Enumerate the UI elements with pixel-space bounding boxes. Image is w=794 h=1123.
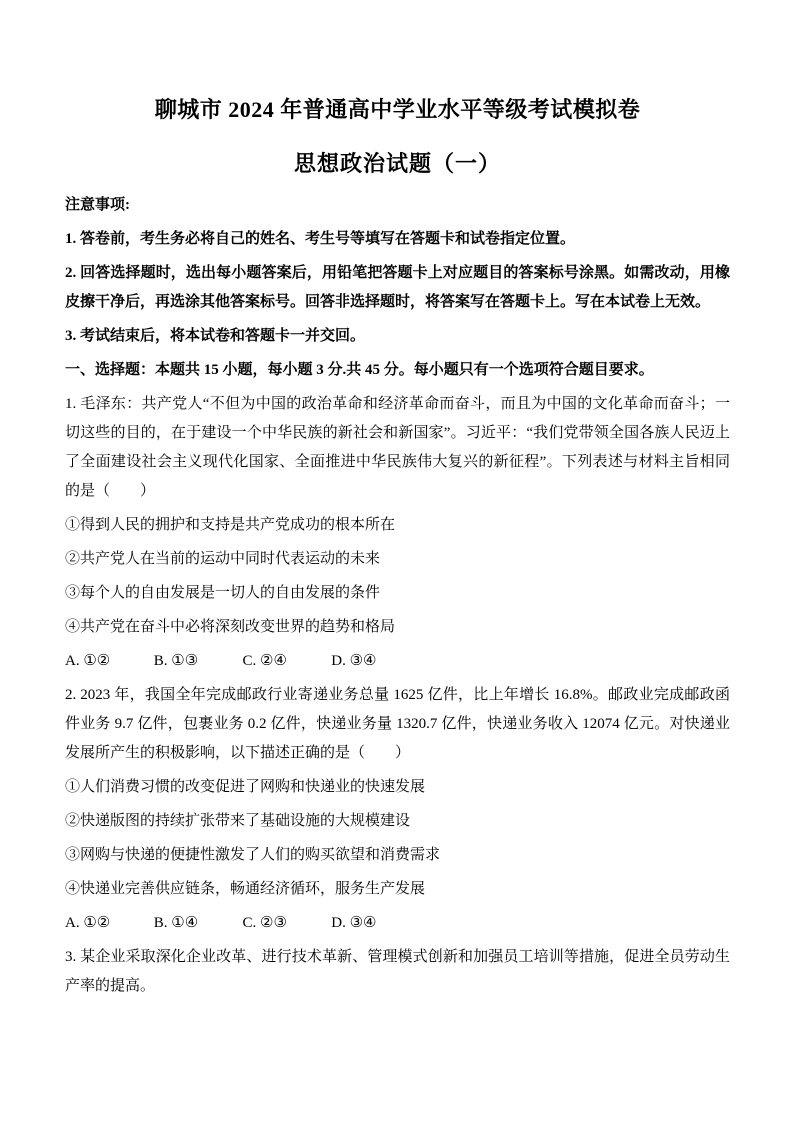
question-1-statement-4: ④共产党在奋斗中必将深刻改变世界的趋势和格局 <box>65 613 730 642</box>
question-1-choice-d: D. ③④ <box>331 647 376 676</box>
question-1-statement-1: ①得到人民的拥护和支持是共产党成功的根本所在 <box>65 511 730 540</box>
question-1-choice-a: A. ①② <box>65 647 150 676</box>
question-2-choice-a: A. ①② <box>65 909 150 938</box>
question-1-statement-2: ②共产党人在当前的运动中同时代表运动的未来 <box>65 545 730 574</box>
question-1-choice-b: B. ①③ <box>154 647 239 676</box>
question-1-stem: 1. 毛泽东：共产党人“不但为中国的政治革命和经济革命而奋斗，而且为中国的文化革… <box>65 390 730 506</box>
question-2-statement-4: ④快递业完善供应链条，畅通经济循环，服务生产发展 <box>65 875 730 904</box>
question-1-choice-c: C. ②④ <box>243 647 328 676</box>
question-2-statement-1: ①人们消费习惯的改变促进了网购和快递业的快速发展 <box>65 773 730 802</box>
question-2-statement-3: ③网购与快递的便捷性激发了人们的购买欲望和消费需求 <box>65 841 730 870</box>
notices-heading: 注意事项: <box>65 191 730 220</box>
question-1-choices: A. ①② B. ①③ C. ②④ D. ③④ <box>65 647 730 676</box>
doc-subtitle: 思想政治试题（一） <box>65 151 730 177</box>
question-2-choice-b: B. ①④ <box>154 909 239 938</box>
question-2-choice-d: D. ③④ <box>331 909 376 938</box>
question-2-stem: 2. 2023 年，我国全年完成邮政行业寄递业务总量 1625 亿件，比上年增长… <box>65 681 730 768</box>
notice-item-1: 1. 答卷前，考生务必将自己的姓名、考生号等填写在答题卡和试卷指定位置。 <box>65 225 730 254</box>
exam-paper-page: 聊城市 2024 年普通高中学业水平等级考试模拟卷 思想政治试题（一） 注意事项… <box>0 0 794 1123</box>
notice-item-2: 2. 回答选择题时，选出每小题答案后，用铅笔把答题卡上对应题目的答案标号涂黑。如… <box>65 259 730 317</box>
question-1-statement-3: ③每个人的自由发展是一切人的自由发展的条件 <box>65 579 730 608</box>
question-2-choices: A. ①② B. ①④ C. ②③ D. ③④ <box>65 909 730 938</box>
notice-item-3: 3. 考试结束后，将本试卷和答题卡一并交回。 <box>65 322 730 351</box>
doc-title: 聊城市 2024 年普通高中学业水平等级考试模拟卷 <box>65 97 730 123</box>
section-one-heading: 一、选择题：本题共 15 小题，每小题 3 分.共 45 分。每小题只有一个选项… <box>65 356 730 385</box>
question-3-stem: 3. 某企业采取深化企业改革、进行技术革新、管理模式创新和加强员工培训等措施，促… <box>65 943 730 1001</box>
question-2-choice-c: C. ②③ <box>243 909 328 938</box>
question-2-statement-2: ②快递版图的持续扩张带来了基础设施的大规模建设 <box>65 807 730 836</box>
